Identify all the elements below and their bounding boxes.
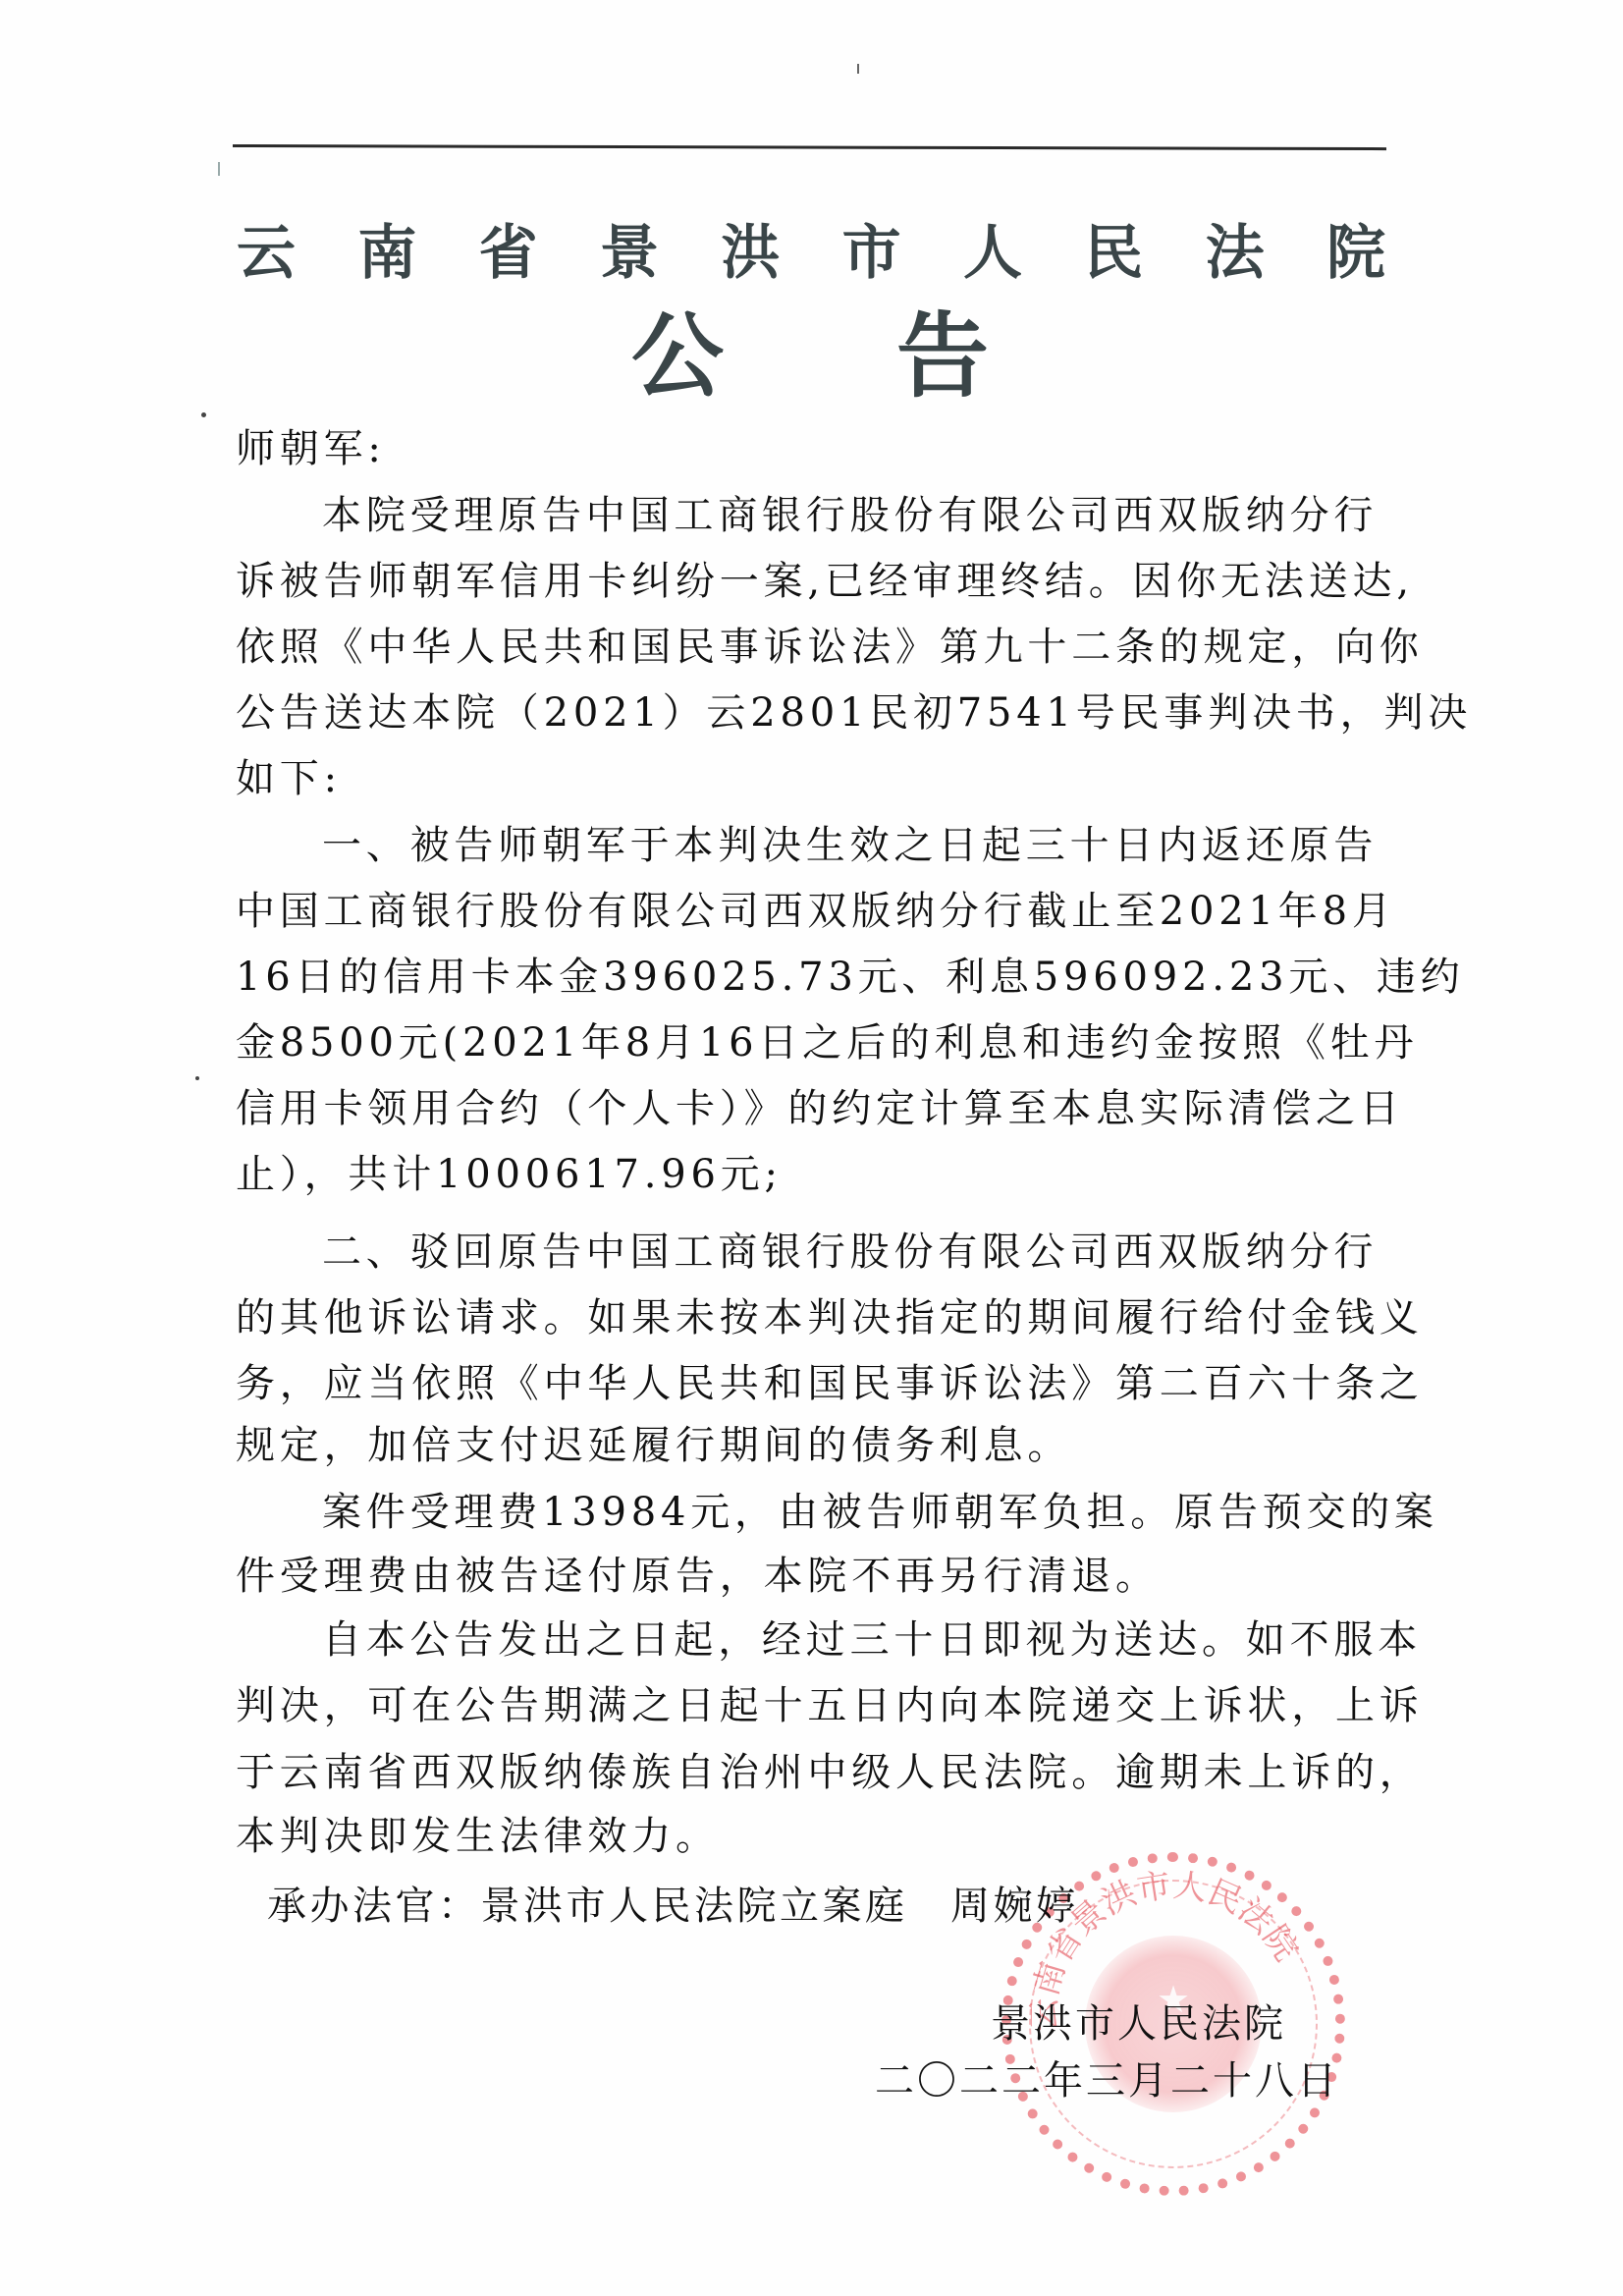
document-type-title: 公 告 [628,302,992,410]
body-line: 的其他诉讼请求。如果未按本判决指定的期间履行给付金钱义 [236,1293,1424,1342]
body-line: 件受理费由被告迳付原告，本院不再另行清退。 [236,1552,1160,1601]
scan-speck [195,1076,199,1080]
title-char: 省 [478,214,539,293]
body-line: 自本公告发出之日起，经过三十日即视为送达。如不服本 [322,1615,1422,1665]
body-line: 二、驳回原告中国工商银行股份有限公司西双版纳分行 [322,1228,1378,1277]
body-line: 本判决即发生法律效力。 [236,1812,720,1861]
scan-speck [201,412,206,417]
court-name-title: 云 南 省 景 洪 市 人 民 法 院 [236,214,1386,293]
title-char: 人 [962,214,1023,293]
title-char: 洪 [720,214,781,293]
body-line: 本院受理原告中国工商银行股份有限公司西双版纳分行 [322,491,1378,540]
scan-speck [857,64,859,74]
issue-date: 二〇二二年三月二十八日 [875,2056,1339,2105]
subtitle-char: 告 [893,302,992,410]
presiding-judge-line: 承办法官：景洪市人民法院立案庭 周婉婷 [267,1882,1079,1931]
subtitle-char: 公 [628,302,727,410]
title-char: 景 [599,214,660,293]
body-line: 16日的信用卡本金396025.73元、利息596092.23元、违约 [236,953,1465,1002]
body-line: 案件受理费13984元，由被告师朝军负担。原告预交的案 [322,1488,1438,1537]
title-char: 民 [1083,214,1144,293]
body-line: 依照《中华人民共和国民事诉讼法》第九十二条的规定，向你 [236,623,1424,672]
body-line: 一、被告师朝军于本判决生效之日起三十日内返还原告 [322,821,1378,870]
title-char: 市 [841,214,902,293]
body-line: 金8500元(2021年8月16日之后的利息和违约金按照《牡丹 [236,1018,1418,1067]
header-rule [233,144,1386,150]
body-line: 止），共计1000617.96元; [236,1150,783,1199]
body-line: 务，应当依照《中华人民共和国民事诉讼法》第二百六十条之 [236,1359,1424,1408]
body-line: 诉被告师朝军信用卡纠纷一案,已经审理终结。因你无法送达, [236,557,1414,606]
body-line: 如下: [236,754,342,803]
title-char: 南 [356,214,417,293]
addressee: 师朝军: [236,424,386,473]
body-line: 于云南省西双版纳傣族自治州中级人民法院。逾期未上诉的， [236,1748,1424,1797]
scan-speck [218,162,220,176]
body-line: 信用卡领用合约（个人卡）》的约定计算至本息实际清偿之日 [236,1084,1404,1133]
title-char: 院 [1325,214,1386,293]
issuing-court: 景洪市人民法院 [991,1999,1286,2049]
body-line: 判决，可在公告期满之日起十五日内向本院递交上诉状，上诉 [236,1681,1424,1730]
title-char: 云 [236,214,297,293]
document-page: 云 南 省 景 洪 市 人 民 法 院 公 告 师朝军: 本院受理原告中国工商银… [0,0,1623,2296]
body-line: 中国工商银行股份有限公司西双版纳分行截止至2021年8月 [236,887,1396,936]
title-char: 法 [1205,214,1266,293]
body-line: 公告送达本院（2021）云2801民初7541号民事判决书，判决 [236,688,1472,738]
body-line: 规定，加倍支付迟延履行期间的债务利息。 [236,1421,1071,1470]
